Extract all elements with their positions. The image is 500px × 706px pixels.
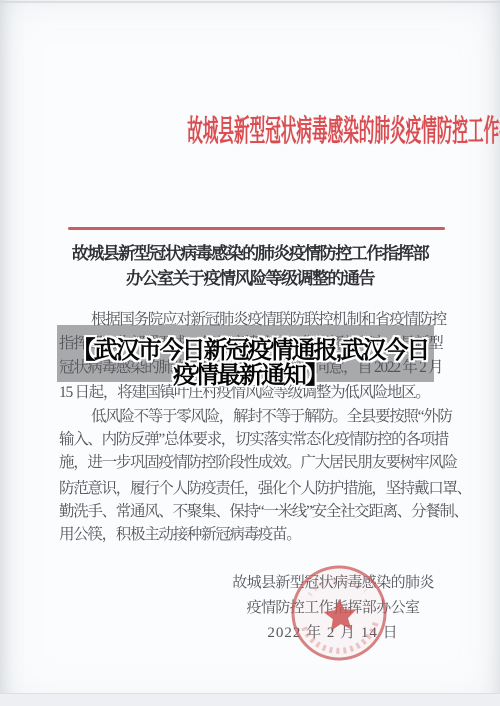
body-line: 防范意识，履行个人防疫责任，强化个人防护措施，坚持戴口罩、 (59, 476, 449, 498)
body-line: 输入、内防反弹”总体要求，切实落实常态化疫情防控的各项措 (59, 427, 449, 449)
letterhead-org-name: 故城县新型冠状病毒感染的肺炎疫情防控工作指挥部办公室 (187, 106, 500, 150)
body-line: 低风险不等于零风险，解封不等于解防。全县要按照“外防 (59, 404, 481, 426)
letterhead: 故城县新型冠状病毒感染的肺炎疫情防控工作指挥部办公室 (0, 106, 500, 150)
photo-top-edge (0, 1, 500, 3)
doc-title-line-2: 办公室关于疫情风险等级调整的通告 (0, 264, 500, 289)
photo-bottom-edge (0, 693, 500, 706)
body-line: 施，进一步巩固疫情防控阶段性成效。广大居民朋友要树牢风险 (59, 450, 449, 472)
red-rule (68, 227, 445, 230)
body-line: 用公筷，积极主动接种新冠病毒疫苗。 (59, 522, 449, 544)
doc-title-line-1: 故城县新型冠状病毒感染的肺炎疫情防控工作指挥部 (0, 239, 500, 264)
official-seal (286, 560, 393, 667)
overlay-caption-line-2: 疫情最新通知】 (0, 355, 500, 390)
document-page: 故城县新型冠状病毒感染的肺炎疫情防控工作指挥部办公室 故城县新型冠状病毒感染的肺… (0, 0, 500, 706)
body-line: 勤洗手、常通风、不聚集、保持“一米线”安全社交距离、分餐制、 (59, 499, 449, 521)
